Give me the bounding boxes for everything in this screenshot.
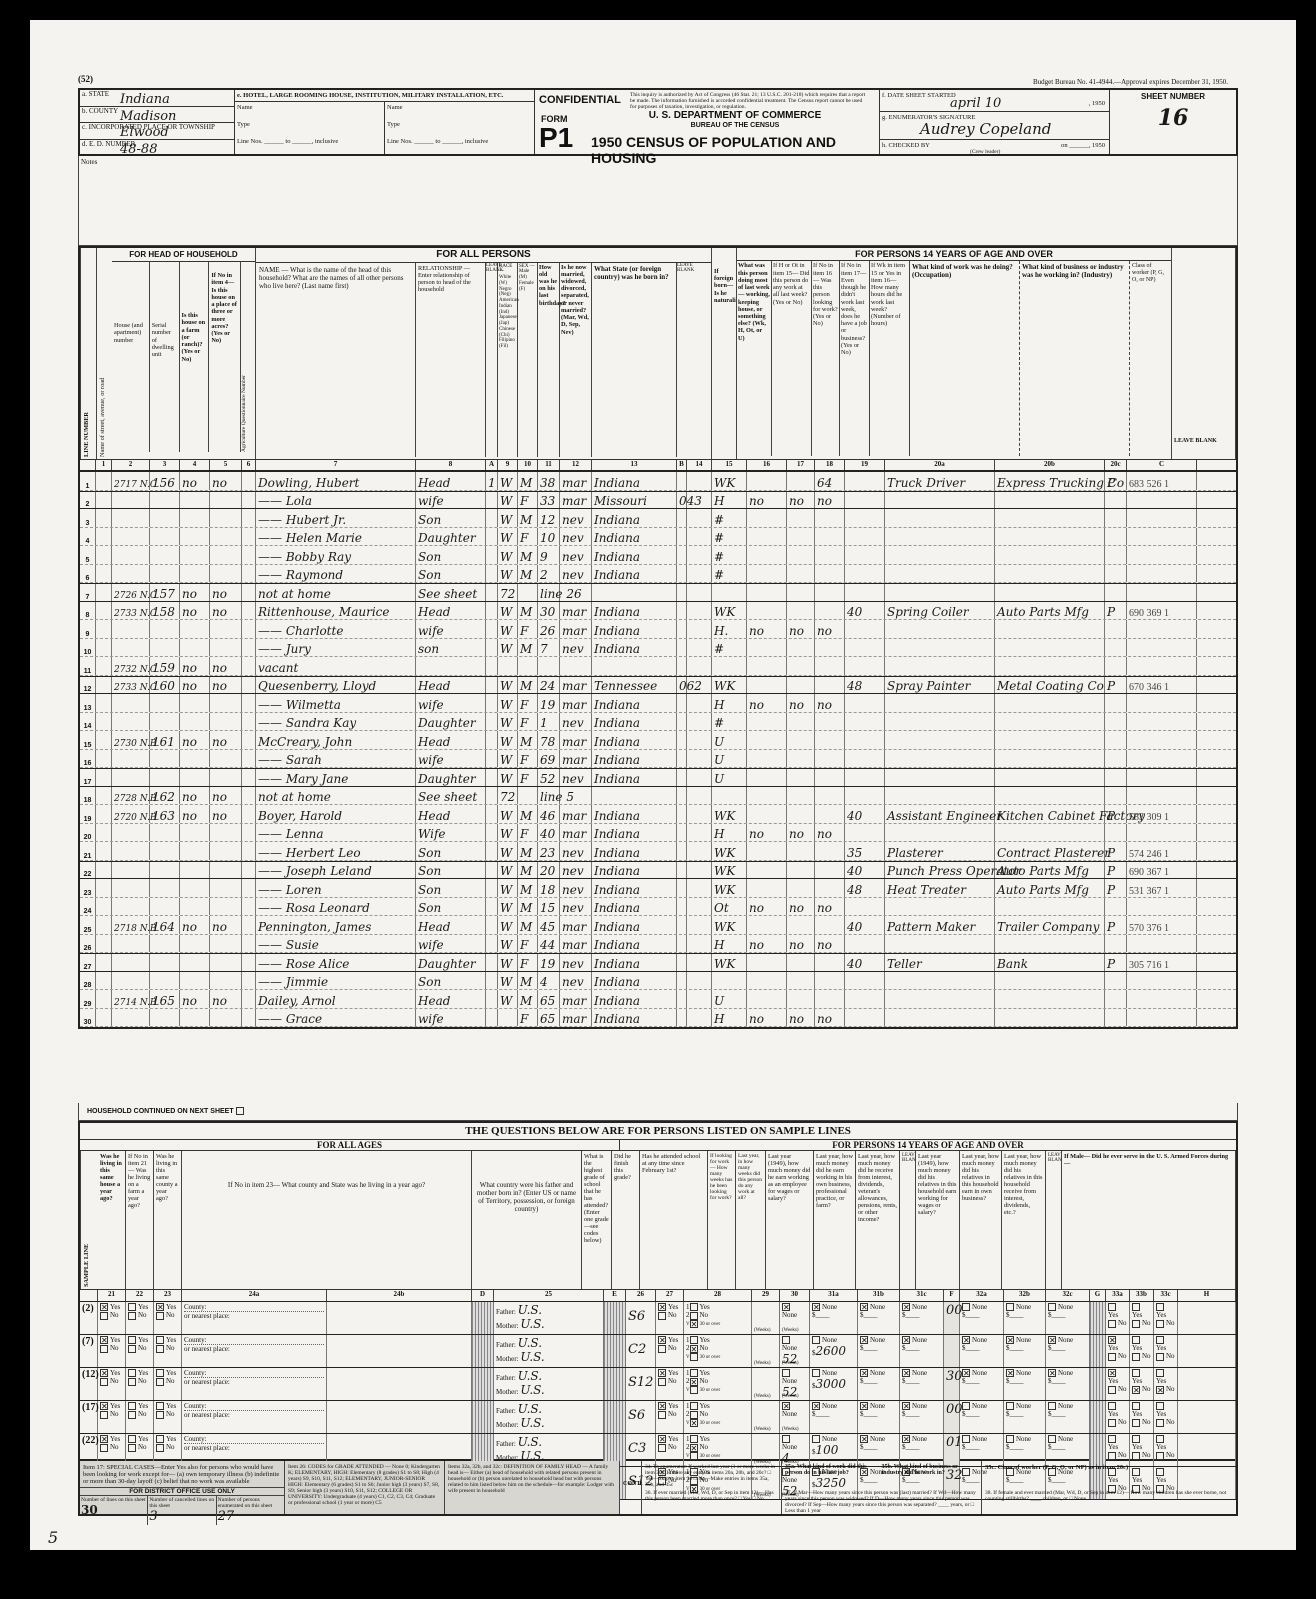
leave-blank-b[interactable] [677, 620, 687, 638]
industry[interactable]: Metal Coating Co [995, 677, 1105, 694]
farm-answer[interactable]: no [180, 990, 210, 1008]
farm-answer[interactable] [180, 565, 210, 583]
street-cell[interactable] [96, 694, 112, 712]
no-checkbox[interactable] [100, 1411, 108, 1419]
age[interactable]: 26 [538, 620, 560, 638]
has-job[interactable]: no [815, 620, 845, 638]
house-number[interactable] [112, 824, 150, 842]
looking-for-work[interactable] [787, 769, 815, 786]
hours-worked[interactable] [845, 713, 885, 731]
house-number[interactable]: 2726 N.C. [112, 584, 150, 601]
leave-blank-b[interactable] [677, 546, 687, 564]
col-31b[interactable]: ✕None$____ [858, 1368, 900, 1400]
yes-checkbox[interactable]: ✕ [658, 1336, 666, 1344]
office-code[interactable]: 690 369 1 [1127, 602, 1197, 620]
did-any-work[interactable] [747, 565, 787, 583]
looking-for-work[interactable]: no [787, 824, 815, 842]
race[interactable]: W [498, 731, 518, 749]
relationship[interactable]: Head [416, 916, 486, 934]
yes-checkbox[interactable] [1156, 1402, 1164, 1410]
ag-questionnaire[interactable] [242, 528, 256, 546]
sex[interactable]: M [518, 509, 538, 527]
did-any-work[interactable] [747, 769, 787, 786]
person-name[interactable]: —— Wilmetta [256, 694, 416, 712]
office-code[interactable] [1127, 584, 1197, 601]
class-of-worker[interactable]: P [1105, 954, 1127, 971]
hours-worked[interactable] [845, 528, 885, 546]
activity-last-week[interactable]: # [712, 509, 747, 527]
acres-answer[interactable] [210, 492, 242, 509]
col-30[interactable]: ✕None(Weeks) [780, 1302, 810, 1334]
yes-checkbox[interactable] [156, 1336, 164, 1344]
industry[interactable] [995, 750, 1105, 768]
ag-questionnaire[interactable] [242, 602, 256, 620]
ag-questionnaire[interactable] [242, 639, 256, 657]
age[interactable]: 45 [538, 916, 560, 934]
class-of-worker[interactable] [1105, 787, 1127, 805]
col-31c[interactable]: ✕None$____ [900, 1335, 944, 1367]
relationship[interactable]: Daughter [416, 528, 486, 546]
person-name[interactable]: McCreary, John [256, 731, 416, 749]
office-code[interactable] [1127, 972, 1197, 990]
race[interactable]: W [498, 879, 518, 897]
leave-blank-a[interactable] [486, 509, 498, 527]
col-32c[interactable]: None$____ [1046, 1302, 1090, 1334]
birthplace[interactable]: Indiana [592, 879, 677, 897]
farm-answer[interactable]: no [180, 677, 210, 694]
occupation[interactable] [885, 620, 995, 638]
marital-status[interactable]: mar [560, 677, 592, 694]
acres-answer[interactable] [210, 750, 242, 768]
ag-questionnaire[interactable] [242, 750, 256, 768]
no-checkbox[interactable] [100, 1444, 108, 1452]
office-code[interactable] [1127, 787, 1197, 805]
has-job[interactable] [815, 528, 845, 546]
serial-number[interactable]: 165 [150, 990, 180, 1008]
office-code[interactable]: 305 716 1 [1127, 954, 1197, 971]
did-any-work[interactable] [747, 546, 787, 564]
house-number[interactable] [112, 528, 150, 546]
yes-checkbox[interactable] [1132, 1435, 1140, 1443]
sex[interactable]: M [518, 472, 538, 490]
ag-questionnaire[interactable] [242, 879, 256, 897]
age[interactable]: 65 [538, 1009, 560, 1027]
did-any-work[interactable]: no [747, 492, 787, 509]
did-any-work[interactable] [747, 472, 787, 490]
street-cell[interactable] [96, 509, 112, 527]
naturalized[interactable] [687, 731, 712, 749]
hours-worked[interactable] [845, 750, 885, 768]
age[interactable]: 4 [538, 972, 560, 990]
house-number[interactable]: 2732 N.C. [112, 657, 150, 675]
person-name[interactable]: —— Jury [256, 639, 416, 657]
activity-last-week[interactable]: WK [712, 916, 747, 934]
class-of-worker[interactable]: P [1105, 916, 1127, 934]
industry[interactable]: Auto Parts Mfg [995, 862, 1105, 879]
industry[interactable] [995, 509, 1105, 527]
leave-blank-a[interactable] [486, 1009, 498, 1027]
leave-blank-a[interactable] [486, 862, 498, 879]
person-name[interactable]: —— Mary Jane [256, 769, 416, 786]
farm-answer[interactable]: no [180, 731, 210, 749]
house-number[interactable] [112, 972, 150, 990]
office-code[interactable] [1127, 935, 1197, 953]
marital-status[interactable]: mar [560, 492, 592, 509]
activity-last-week[interactable] [712, 972, 747, 990]
street-cell[interactable] [96, 731, 112, 749]
activity-last-week[interactable]: WK [712, 842, 747, 860]
acres-answer[interactable]: no [210, 805, 242, 823]
race[interactable]: W [498, 565, 518, 583]
did-any-work[interactable] [747, 954, 787, 971]
age[interactable]: 40 [538, 824, 560, 842]
has-job[interactable]: no [815, 824, 845, 842]
has-job[interactable] [815, 787, 845, 805]
looking-for-work[interactable] [787, 990, 815, 1008]
hours-worked[interactable] [845, 509, 885, 527]
race[interactable]: W [498, 750, 518, 768]
serial-number[interactable] [150, 954, 180, 971]
no-checkbox[interactable] [658, 1378, 666, 1386]
leave-blank-a[interactable] [486, 602, 498, 620]
sex[interactable]: F [518, 750, 538, 768]
office-code[interactable] [1127, 639, 1197, 657]
leave-blank-a[interactable] [486, 677, 498, 694]
industry[interactable]: Contract Plasterer [995, 842, 1105, 860]
serial-number[interactable] [150, 694, 180, 712]
street-cell[interactable] [96, 990, 112, 1008]
no-checkbox[interactable] [156, 1411, 164, 1419]
leave-blank-b[interactable] [677, 898, 687, 916]
activity-last-week[interactable]: WK [712, 879, 747, 897]
col-32c[interactable]: ✕None$____ [1046, 1335, 1090, 1367]
house-number[interactable] [112, 546, 150, 564]
age[interactable]: 65 [538, 990, 560, 1008]
col-27[interactable]: ✕YesNo [656, 1368, 684, 1400]
relationship[interactable]: Head [416, 602, 486, 620]
relationship[interactable]: wife [416, 935, 486, 953]
birthplace[interactable]: Indiana [592, 824, 677, 842]
hours-worked[interactable] [845, 972, 885, 990]
relationship[interactable]: Head [416, 677, 486, 694]
office-code[interactable] [1127, 620, 1197, 638]
ag-questionnaire[interactable] [242, 954, 256, 971]
col-29[interactable]: (Weeks) [752, 1335, 780, 1367]
activity-last-week[interactable]: WK [712, 862, 747, 879]
col-33b[interactable]: YesNo [1130, 1302, 1154, 1334]
did-any-work[interactable] [747, 657, 787, 675]
farm-answer[interactable] [180, 954, 210, 971]
occupation[interactable] [885, 565, 995, 583]
serial-number[interactable]: 159 [150, 657, 180, 675]
farm-answer[interactable] [180, 879, 210, 897]
yes-checkbox[interactable]: ✕ [100, 1435, 108, 1443]
race[interactable]: W [498, 916, 518, 934]
col-28[interactable]: 1Yes2✕NoV30 or over [684, 1335, 752, 1367]
birthplace[interactable] [592, 584, 677, 601]
col-26[interactable]: S12 [626, 1368, 656, 1400]
person-name[interactable]: —— Herbert Leo [256, 842, 416, 860]
col-22[interactable]: YesNo [126, 1401, 154, 1433]
person-name[interactable]: —— Bobby Ray [256, 546, 416, 564]
serial-number[interactable]: 164 [150, 916, 180, 934]
age[interactable]: line 5 [538, 787, 560, 805]
farm-answer[interactable]: no [180, 657, 210, 675]
yes-checkbox[interactable] [1156, 1435, 1164, 1443]
sex[interactable]: M [518, 972, 538, 990]
no-checkbox[interactable] [128, 1312, 136, 1320]
hours-worked[interactable] [845, 1009, 885, 1027]
occupation[interactable] [885, 898, 995, 916]
birthplace[interactable]: Indiana [592, 842, 677, 860]
hours-worked[interactable] [845, 472, 885, 490]
person-name[interactable]: —— Hubert Jr. [256, 509, 416, 527]
person-name[interactable]: —— Sarah [256, 750, 416, 768]
farm-answer[interactable] [180, 862, 210, 879]
industry[interactable] [995, 546, 1105, 564]
occupation[interactable] [885, 546, 995, 564]
house-number[interactable] [112, 879, 150, 897]
street-cell[interactable] [96, 546, 112, 564]
sex[interactable]: M [518, 602, 538, 620]
age[interactable]: 20 [538, 862, 560, 879]
farm-answer[interactable]: no [180, 602, 210, 620]
no-checkbox[interactable] [1132, 1353, 1140, 1361]
acres-answer[interactable]: no [210, 472, 242, 490]
col-30[interactable]: None52(Weeks) [780, 1335, 810, 1367]
sex[interactable]: M [518, 990, 538, 1008]
hours-worked[interactable] [845, 657, 885, 675]
looking-for-work[interactable]: no [787, 620, 815, 638]
leave-blank-a[interactable] [486, 546, 498, 564]
has-job[interactable] [815, 731, 845, 749]
industry[interactable]: Express Trucking Co [995, 472, 1105, 490]
col-31c[interactable]: ✕None$____ [900, 1401, 944, 1433]
activity-last-week[interactable]: WK [712, 805, 747, 823]
sex[interactable] [518, 657, 538, 675]
activity-last-week[interactable]: # [712, 565, 747, 583]
ag-questionnaire[interactable] [242, 472, 256, 490]
has-job[interactable] [815, 769, 845, 786]
col-27[interactable]: ✕YesNo [656, 1401, 684, 1433]
person-name[interactable]: Pennington, James [256, 916, 416, 934]
leave-blank-a[interactable] [486, 713, 498, 731]
marital-status[interactable] [560, 584, 592, 601]
office-code[interactable]: 670 346 1 [1127, 677, 1197, 694]
did-any-work[interactable] [747, 879, 787, 897]
age[interactable]: 7 [538, 639, 560, 657]
col-31c[interactable]: ✕None$____ [900, 1368, 944, 1400]
farm-answer[interactable] [180, 620, 210, 638]
race[interactable]: W [498, 509, 518, 527]
serial-number[interactable] [150, 750, 180, 768]
race[interactable]: W [498, 954, 518, 971]
col-33a[interactable]: ✕YesNo [1106, 1368, 1130, 1400]
ag-questionnaire[interactable] [242, 972, 256, 990]
leave-blank-a[interactable] [486, 750, 498, 768]
age[interactable]: 12 [538, 509, 560, 527]
acres-answer[interactable]: no [210, 731, 242, 749]
col-31b[interactable]: ✕None$____ [858, 1302, 900, 1334]
house-number[interactable] [112, 565, 150, 583]
age[interactable]: 15 [538, 898, 560, 916]
leave-blank-b[interactable] [677, 805, 687, 823]
col-23[interactable]: YesNo [154, 1335, 182, 1367]
office-code[interactable] [1127, 694, 1197, 712]
sex[interactable]: F [518, 935, 538, 953]
industry[interactable] [995, 787, 1105, 805]
col-31a[interactable]: ✕None$____ [810, 1401, 858, 1433]
col-26[interactable]: S6 [626, 1401, 656, 1433]
col-24b[interactable] [327, 1368, 472, 1400]
serial-number[interactable]: 160 [150, 677, 180, 694]
class-of-worker[interactable] [1105, 639, 1127, 657]
yes-checkbox[interactable] [156, 1435, 164, 1443]
person-name[interactable]: —— Charlotte [256, 620, 416, 638]
did-any-work[interactable] [747, 787, 787, 805]
activity-last-week[interactable] [712, 657, 747, 675]
naturalized[interactable] [687, 713, 712, 731]
age[interactable]: 44 [538, 935, 560, 953]
leave-blank-a[interactable] [486, 657, 498, 675]
street-cell[interactable] [96, 787, 112, 805]
farm-answer[interactable] [180, 750, 210, 768]
industry[interactable] [995, 898, 1105, 916]
did-any-work[interactable] [747, 842, 787, 860]
did-any-work[interactable] [747, 713, 787, 731]
no-checkbox[interactable] [1132, 1320, 1140, 1328]
leave-blank-a[interactable] [486, 990, 498, 1008]
race[interactable]: W [498, 805, 518, 823]
relationship[interactable]: Daughter [416, 954, 486, 971]
person-name[interactable]: not at home [256, 787, 416, 805]
relationship[interactable]: See sheet [416, 787, 486, 805]
acres-answer[interactable] [210, 546, 242, 564]
no-checkbox[interactable] [1156, 1320, 1164, 1328]
did-any-work[interactable] [747, 805, 787, 823]
office-code[interactable]: 683 526 1 [1127, 472, 1197, 490]
activity-last-week[interactable]: Ot [712, 898, 747, 916]
looking-for-work[interactable] [787, 546, 815, 564]
industry[interactable]: Kitchen Cabinet Factory [995, 805, 1105, 823]
col-24a[interactable]: County:or nearest place: [182, 1368, 327, 1400]
sex[interactable]: F [518, 1009, 538, 1027]
yes-checkbox[interactable]: ✕ [1108, 1336, 1116, 1344]
did-any-work[interactable] [747, 916, 787, 934]
col-24a[interactable]: County:or nearest place: [182, 1335, 327, 1367]
col-32a[interactable]: None$____ [960, 1302, 1004, 1334]
office-code[interactable]: 690 367 1 [1127, 862, 1197, 879]
office-code[interactable] [1127, 731, 1197, 749]
leave-blank-b[interactable] [677, 584, 687, 601]
col-31c[interactable]: ✕None$____ [900, 1302, 944, 1334]
ag-questionnaire[interactable] [242, 862, 256, 879]
farm-answer[interactable] [180, 694, 210, 712]
marital-status[interactable]: mar [560, 935, 592, 953]
industry[interactable] [995, 657, 1105, 675]
ag-questionnaire[interactable] [242, 565, 256, 583]
ag-questionnaire[interactable] [242, 731, 256, 749]
office-code[interactable]: 531 367 1 [1127, 879, 1197, 897]
ag-questionnaire[interactable] [242, 805, 256, 823]
leave-blank-b[interactable]: 043 [677, 492, 687, 509]
occupation[interactable] [885, 713, 995, 731]
leave-blank-a[interactable] [486, 584, 498, 601]
marital-status[interactable]: nev [560, 972, 592, 990]
birthplace[interactable]: Indiana [592, 935, 677, 953]
person-name[interactable]: —— Jimmie [256, 972, 416, 990]
col-33b[interactable]: YesNo [1130, 1335, 1154, 1367]
relationship[interactable] [416, 657, 486, 675]
serial-number[interactable] [150, 1009, 180, 1027]
col-33a[interactable]: YesNo [1106, 1401, 1130, 1433]
yes-checkbox[interactable]: ✕ [658, 1369, 666, 1377]
marital-status[interactable]: nev [560, 842, 592, 860]
race[interactable]: W [498, 935, 518, 953]
person-name[interactable]: Boyer, Harold [256, 805, 416, 823]
class-of-worker[interactable] [1105, 584, 1127, 601]
no-checkbox[interactable] [1108, 1452, 1116, 1460]
race[interactable]: W [498, 677, 518, 694]
has-job[interactable] [815, 509, 845, 527]
house-number[interactable] [112, 620, 150, 638]
yes-checkbox[interactable] [1132, 1369, 1140, 1377]
activity-last-week[interactable]: H. [712, 620, 747, 638]
birthplace[interactable]: Indiana [592, 898, 677, 916]
did-any-work[interactable]: no [747, 824, 787, 842]
hours-worked[interactable] [845, 639, 885, 657]
occupation[interactable] [885, 1009, 995, 1027]
col-32b[interactable]: ✕None$____ [1004, 1368, 1046, 1400]
acres-answer[interactable]: no [210, 916, 242, 934]
industry[interactable] [995, 639, 1105, 657]
naturalized[interactable] [687, 750, 712, 768]
col-21[interactable]: ✕YesNo [98, 1401, 126, 1433]
industry[interactable] [995, 713, 1105, 731]
birthplace[interactable]: Indiana [592, 972, 677, 990]
no-checkbox[interactable] [128, 1345, 136, 1353]
serial-number[interactable] [150, 713, 180, 731]
race[interactable]: W [498, 492, 518, 509]
office-code[interactable] [1127, 769, 1197, 786]
activity-last-week[interactable]: H [712, 492, 747, 509]
relationship[interactable]: wife [416, 750, 486, 768]
birthplace[interactable]: Indiana [592, 731, 677, 749]
serial-number[interactable] [150, 879, 180, 897]
did-any-work[interactable] [747, 584, 787, 601]
has-job[interactable] [815, 879, 845, 897]
acres-answer[interactable] [210, 935, 242, 953]
office-code[interactable] [1127, 1009, 1197, 1027]
occupation[interactable] [885, 731, 995, 749]
office-code[interactable] [1127, 565, 1197, 583]
birthplace[interactable]: Indiana [592, 546, 677, 564]
leave-blank-a[interactable] [486, 916, 498, 934]
birthplace[interactable]: Indiana [592, 916, 677, 934]
occupation[interactable] [885, 657, 995, 675]
age[interactable]: 33 [538, 492, 560, 509]
col-32b[interactable]: ✕None$____ [1004, 1335, 1046, 1367]
occupation[interactable]: Punch Press Operator [885, 862, 995, 879]
relationship[interactable]: Son [416, 546, 486, 564]
farm-answer[interactable]: no [180, 584, 210, 601]
yes-checkbox[interactable]: ✕ [658, 1402, 666, 1410]
sex[interactable]: F [518, 713, 538, 731]
serial-number[interactable] [150, 509, 180, 527]
leave-blank-a[interactable] [486, 954, 498, 971]
naturalized[interactable] [687, 787, 712, 805]
hours-worked[interactable]: 40 [845, 805, 885, 823]
